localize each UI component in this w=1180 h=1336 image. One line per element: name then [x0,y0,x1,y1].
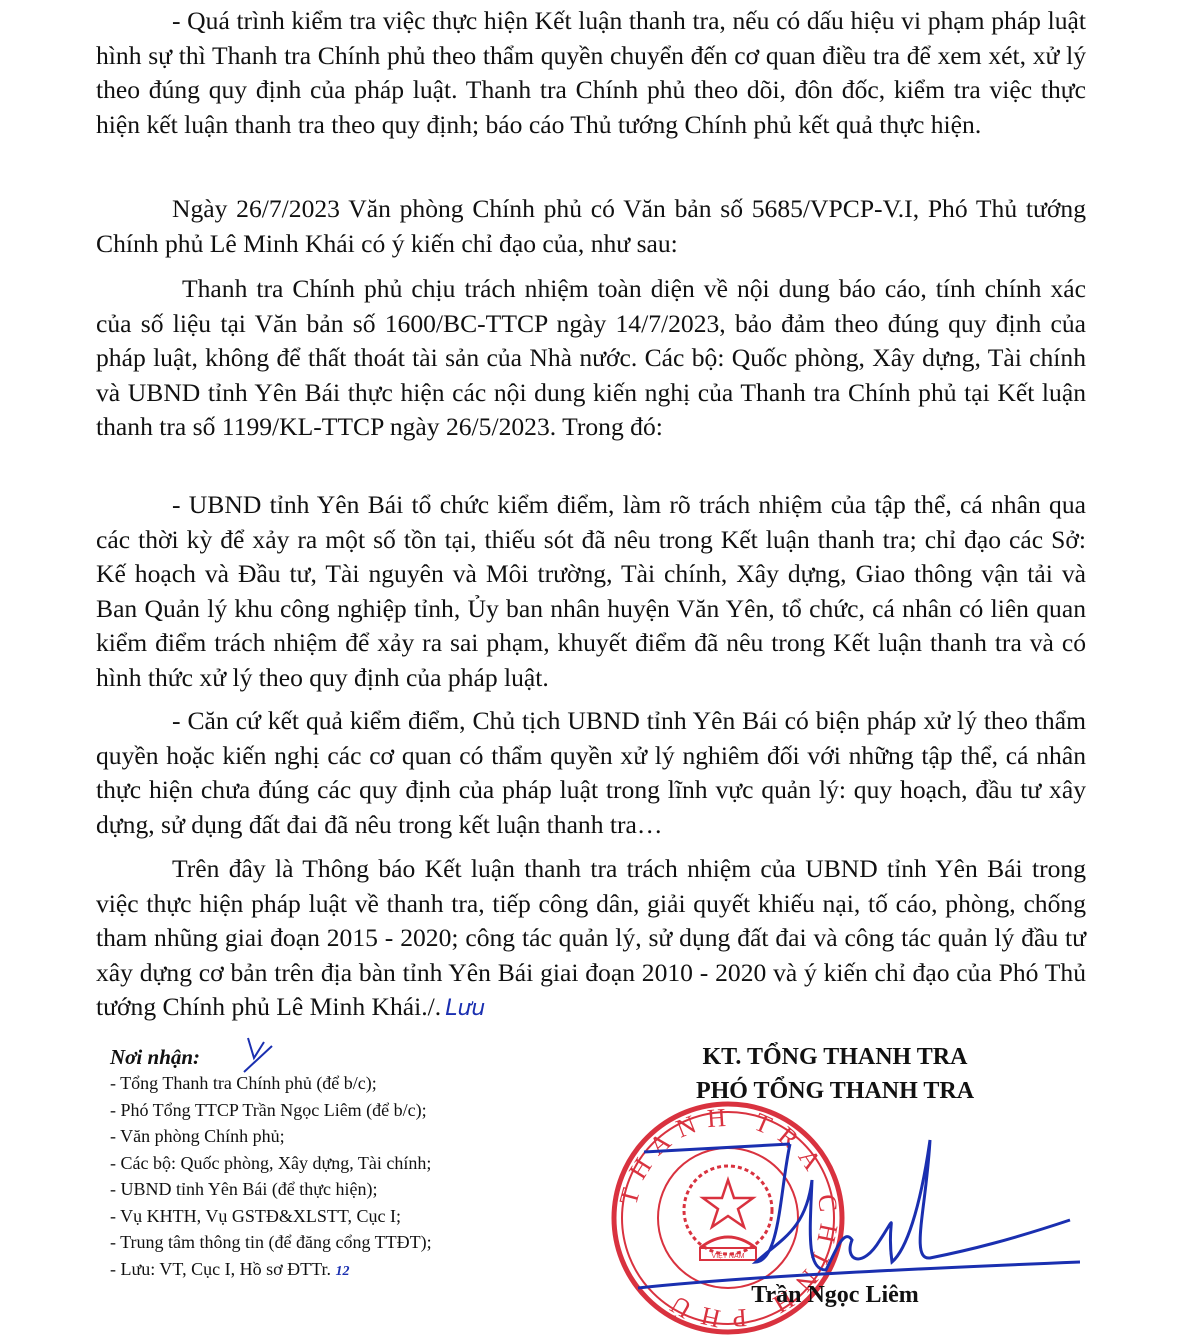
paragraph-conclusion: Trên đây là Thông báo Kết luận thanh tra… [96,852,1086,1027]
recipients-block: Nơi nhận: - Tổng Thanh tra Chính phủ (để… [110,1044,580,1285]
paragraph-ubnd-review: - UBND tỉnh Yên Bái tổ chức kiểm điểm, l… [96,488,1086,695]
recipient-item: - Lưu: VT, Cục I, Hồ sơ ĐTTr. 12 [110,1256,580,1286]
paragraph-vpcp-letter: Ngày 26/7/2023 Văn phòng Chính phủ có Vă… [96,192,1086,261]
recipient-item: - Phó Tổng TTCP Trần Ngọc Liêm (để b/c); [110,1097,580,1124]
signature-block: KT. TỔNG THANH TRA PHÓ TỔNG THANH TRA TH… [600,1040,1070,1336]
recipient-item: - Văn phòng Chính phủ; [110,1123,580,1150]
handwritten-initials: Lưu [445,996,485,1021]
recipients-title-text: Nơi nhận: [110,1045,200,1069]
signer-title-line1: KT. TỔNG THANH TRA [600,1040,1070,1074]
handwritten-check-icon [242,1036,276,1076]
paragraph-chairman-handling: - Căn cứ kết quả kiểm điểm, Chủ tịch UBN… [96,704,1086,842]
recipient-item: - Vụ KHTH, Vụ GSTĐ&XLSTT, Cục I; [110,1203,580,1230]
recipient-item: - Trung tâm thông tin (để đăng cổng TTĐT… [110,1229,580,1256]
recipient-item: - Tổng Thanh tra Chính phủ (để b/c); [110,1070,580,1097]
paragraph-ttcp-responsibility: Thanh tra Chính phủ chịu trách nhiệm toà… [96,272,1086,445]
paragraph-inspection-process: - Quá trình kiểm tra việc thực hiện Kết … [96,4,1086,142]
handwritten-signature-icon [630,1100,1080,1320]
conclusion-text: Trên đây là Thông báo Kết luận thanh tra… [96,854,1086,1021]
recipients-title: Nơi nhận: [110,1044,580,1070]
recipient-item-text: - Lưu: VT, Cục I, Hồ sơ ĐTTr. [110,1259,331,1279]
recipient-item: - Các bộ: Quốc phòng, Xây dựng, Tài chín… [110,1150,580,1177]
copies-mark: 12 [335,1264,349,1279]
recipient-item: - UBND tỉnh Yên Bái (để thực hiện); [110,1176,580,1203]
